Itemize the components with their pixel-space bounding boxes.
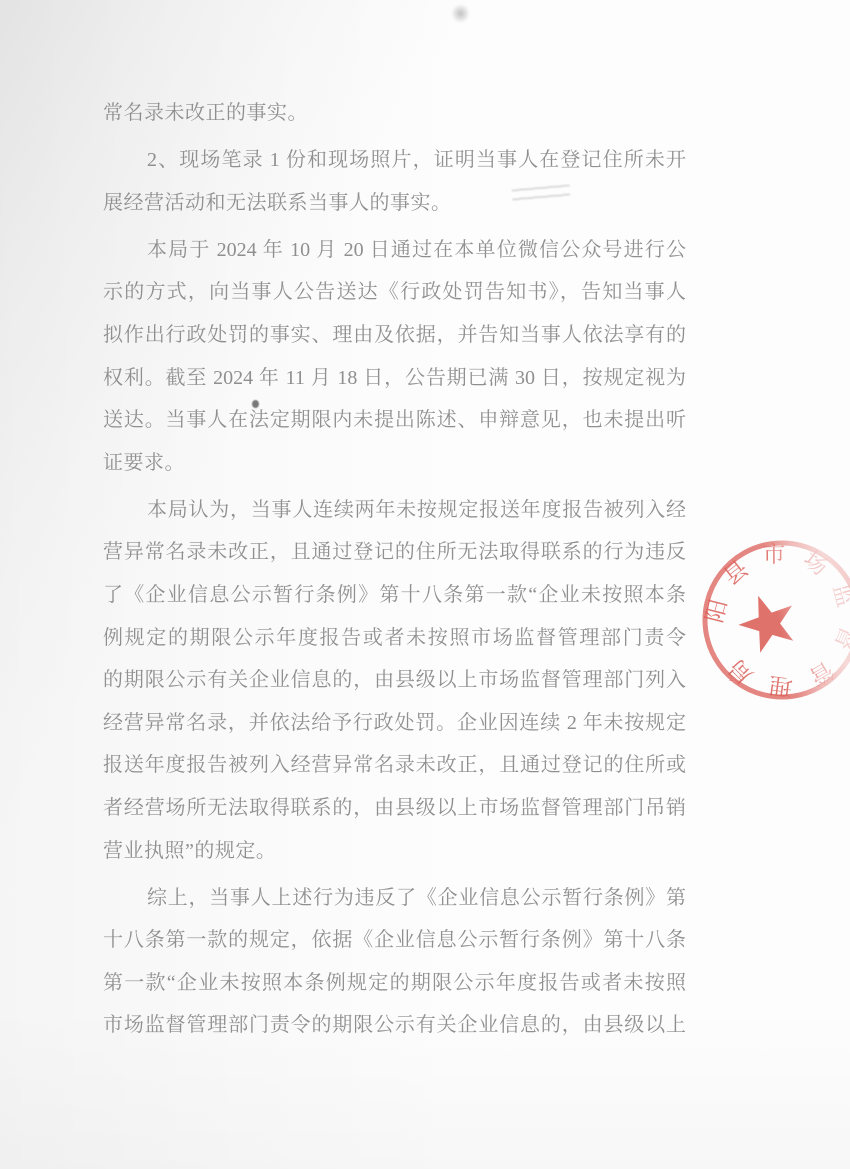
- paragraph: 综上，当事人上述行为违反了《企业信息公示暂行条例》第十八条第一款的规定，依据《企…: [103, 877, 686, 1047]
- text-line: 经营异常名录，并依法给予行政处罚。企业因连续 2 年未按规定: [103, 702, 686, 745]
- text-line: 者经营场所无法取得联系的，由县级以上市场监督管理部门吊销: [103, 787, 686, 830]
- star-icon: [731, 586, 803, 657]
- text-line: 展经营活动和无法联系当事人的事实。: [103, 182, 686, 225]
- text-line: 证要求。: [103, 442, 686, 485]
- text-line: 第一款“企业未按照本条例规定的期限公示年度报告或者未按照: [103, 962, 686, 1005]
- text-line: 了《企业信息公示暂行条例》第十八条第一款“企业未按照本条: [103, 574, 686, 617]
- paragraph: 本局于 2024 年 10 月 20 日通过在本单位微信公众号进行公示的方式，向…: [103, 229, 686, 485]
- text-line: 拟作出行政处罚的事实、理由及依据，并告知当事人依法享有的: [103, 314, 686, 357]
- text-line: 市场监督管理部门责令的期限公示有关企业信息的，由县级以上: [103, 1004, 686, 1047]
- text-line: 综上，当事人上述行为违反了《企业信息公示暂行条例》第: [103, 877, 686, 920]
- paragraph: 2、现场笔录 1 份和现场照片，证明当事人在登记住所未开展经营活动和无法联系当事…: [103, 139, 686, 224]
- document-text: 常名录未改正的事实。2、现场笔录 1 份和现场照片，证明当事人在登记住所未开展经…: [103, 92, 686, 1052]
- text-line: 营业执照”的规定。: [103, 830, 686, 873]
- text-line: 本局认为，当事人连续两年未按规定报送年度报告被列入经: [103, 489, 686, 532]
- seal-arc-text: 阳县市场监督管理局: [698, 531, 850, 709]
- scan-smudge-top: [452, 4, 469, 23]
- text-line: 营异常名录未改正，且通过登记的住所无法取得联系的行为违反: [103, 531, 686, 574]
- text-line: 常名录未改正的事实。: [103, 92, 686, 135]
- text-line: 报送年度报告被列入经营异常名录未改正，且通过登记的住所或: [103, 744, 686, 787]
- text-line: 十八条第一款的规定，依据《企业信息公示暂行条例》第十八条: [103, 919, 686, 962]
- paragraph: 本局认为，当事人连续两年未按规定报送年度报告被列入经营异常名录未改正，且通过登记…: [103, 489, 686, 872]
- text-line: 示的方式，向当事人公告送达《行政处罚告知书》，告知当事人: [103, 271, 686, 314]
- seal-fade-overlay: [698, 531, 850, 709]
- scanned-document-page: 常名录未改正的事实。2、现场笔录 1 份和现场照片，证明当事人在登记住所未开展经…: [0, 0, 850, 1169]
- text-line: 本局于 2024 年 10 月 20 日通过在本单位微信公众号进行公: [103, 229, 686, 272]
- text-line: 权利。截至 2024 年 11 月 18 日，公告期已满 30 日，按规定视为: [103, 357, 686, 400]
- official-seal-graphic: 阳县市场监督管理局 15: [698, 531, 850, 709]
- seal-circle: [698, 533, 850, 707]
- text-line: 2、现场笔录 1 份和现场照片，证明当事人在登记住所未开: [103, 139, 686, 182]
- paragraph: 常名录未改正的事实。: [103, 92, 686, 135]
- text-line: 例规定的期限公示年度报告或者未按照市场监督管理部门责令: [103, 617, 686, 660]
- seal-code-digits: 15: [728, 674, 749, 684]
- text-line: 的期限公示有关企业信息的，由县级以上市场监督管理部门列入: [103, 659, 686, 702]
- official-seal: 阳县市场监督管理局 15: [698, 531, 850, 709]
- text-line: 送达。当事人在法定期限内未提出陈述、申辩意见，也未提出听: [103, 399, 686, 442]
